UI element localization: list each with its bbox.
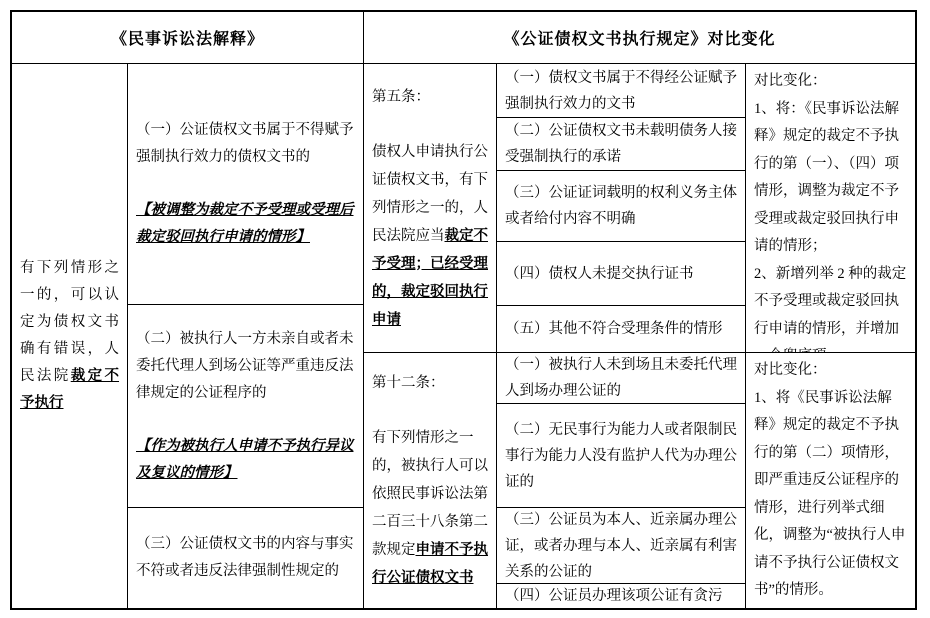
minshi-item-2-note: 【作为被执行人申请不予执行异议及复议的情形】 — [136, 433, 355, 487]
comparison-point: 2、新增列举 2 种的裁定不予受理或裁定驳回执行申请的情形，并增加一个兜底项 — [754, 261, 907, 354]
minshi-item-1-note: 【被调整为裁定不予受理或受理后裁定驳回执行申请的情形】 — [136, 197, 355, 251]
article-5-item-5: （五）其他不符合受理条件的情形 — [497, 306, 745, 353]
column-minshi-items: （一）公证债权文书属于不得赋予强制执行效力的债权文书的 【被调整为裁定不予受理或… — [128, 64, 364, 608]
minshi-item-2: （二）被执行人一方未亲自或者未委托代理人到场公证等严重违反法律规定的公证程序的 … — [128, 305, 363, 508]
comparison-note-article-12: 对比变化： 1、将《民事诉讼法解释》规定的裁定不予执行的第（二）项情形，即严重违… — [746, 353, 915, 608]
comparison-note-article-5: 对比变化： 1、将：《民事诉讼法解释》规定的裁定不予执行的第（一）、（四）项情形… — [746, 64, 915, 353]
header-notarized-debt-rules-comparison: 《公证债权文书执行规定》对比变化 — [364, 12, 915, 63]
minshi-item-1: （一）公证债权文书属于不得赋予强制执行效力的债权文书的 【被调整为裁定不予受理或… — [128, 64, 363, 305]
article-12-cell: 第十二条： 有下列情形之一的，被执行人可以依照民事诉讼法第二百三十八条第二款规定… — [364, 353, 496, 608]
comparison-table: 《民事诉讼法解释》 《公证债权文书执行规定》对比变化 有下列情形之一的，可以认定… — [10, 10, 917, 610]
column-circumstances: （一）债权文书属于不得经公证赋予强制执行效力的文书 （二）公证债权文书未载明债务… — [497, 64, 746, 608]
article-5-item-3: （三）公证证词载明的权利义务主体或者给付内容不明确 — [497, 171, 745, 242]
article-5-text: 债权人申请执行公证债权文书，有下列情形之一的，人民法院应当裁定不予受理；已经受理… — [372, 138, 488, 334]
table-header-row: 《民事诉讼法解释》 《公证债权文书执行规定》对比变化 — [12, 12, 915, 64]
article-5-item-2: （二）公证债权文书未载明债务人接受强制执行的承诺 — [497, 118, 745, 171]
article-5-cell: 第五条： 债权人申请执行公证债权文书，有下列情形之一的，人民法院应当裁定不予受理… — [364, 64, 496, 353]
column-condition: 有下列情形之一的，可以认定为债权文书确有错误，人民法院裁定不予执行 — [12, 64, 128, 608]
header-civil-procedure-interpretation: 《民事诉讼法解释》 — [12, 12, 364, 63]
minshi-item-2-text: （二）被执行人一方未亲自或者未委托代理人到场公证等严重违反法律规定的公证程序的 — [136, 326, 355, 407]
comparison-point: 1、将：《民事诉讼法解释》规定的裁定不予执行的第（一）、（四）项情形，调整为裁定… — [754, 96, 907, 261]
article-5-item-4: （四）债权人未提交执行证书 — [497, 242, 745, 306]
comparison-title: 对比变化： — [754, 357, 907, 385]
article-12-item-3: （三）公证员为本人、近亲属办理公证，或者办理与本人、近亲属有利害关系的公证的 — [497, 508, 745, 584]
minshi-item-3-text: （三）公证债权文书的内容与事实不符或者违反法律强制性规定的 — [136, 531, 355, 585]
article-5-label: 第五条： — [372, 83, 488, 111]
minshi-item-3: （三）公证债权文书的内容与事实不符或者违反法律强制性规定的 — [128, 508, 363, 608]
minshi-item-1-text: （一）公证债权文书属于不得赋予强制执行效力的债权文书的 — [136, 117, 355, 171]
comparison-title: 对比变化： — [754, 68, 907, 96]
article-12-label: 第十二条： — [372, 369, 488, 397]
article-5-item-1: （一）债权文书属于不得经公证赋予强制执行效力的文书 — [497, 64, 745, 118]
article-12-item-4: （四）公证员办理该项公证有贪污 — [497, 584, 745, 608]
article-12-item-1: （一）被执行人未到场且未委托代理人到场办理公证的 — [497, 353, 745, 404]
table-body: 有下列情形之一的，可以认定为债权文书确有错误，人民法院裁定不予执行 （一）公证债… — [12, 64, 915, 608]
article-12-item-2: （二）无民事行为能力人或者限制民事行为能力人没有监护人代为办理公证的 — [497, 404, 745, 508]
comparison-point: 1、将《民事诉讼法解释》规定的裁定不予执行的第（二）项情形，即严重违反公证程序的… — [754, 385, 907, 605]
condition-text: 有下列情形之一的，可以认定为债权文书确有错误，人民法院裁定不予执行 — [20, 255, 119, 417]
column-articles: 第五条： 债权人申请执行公证债权文书，有下列情形之一的，人民法院应当裁定不予受理… — [364, 64, 497, 608]
article-12-text: 有下列情形之一的，被执行人可以依照民事诉讼法第二百三十八条第二款规定申请不予执行… — [372, 424, 488, 592]
column-comparison-notes: 对比变化： 1、将：《民事诉讼法解释》规定的裁定不予执行的第（一）、（四）项情形… — [746, 64, 915, 608]
document-page: 《民事诉讼法解释》 《公证债权文书执行规定》对比变化 有下列情形之一的，可以认定… — [0, 0, 930, 618]
condition-cell: 有下列情形之一的，可以认定为债权文书确有错误，人民法院裁定不予执行 — [12, 64, 127, 608]
